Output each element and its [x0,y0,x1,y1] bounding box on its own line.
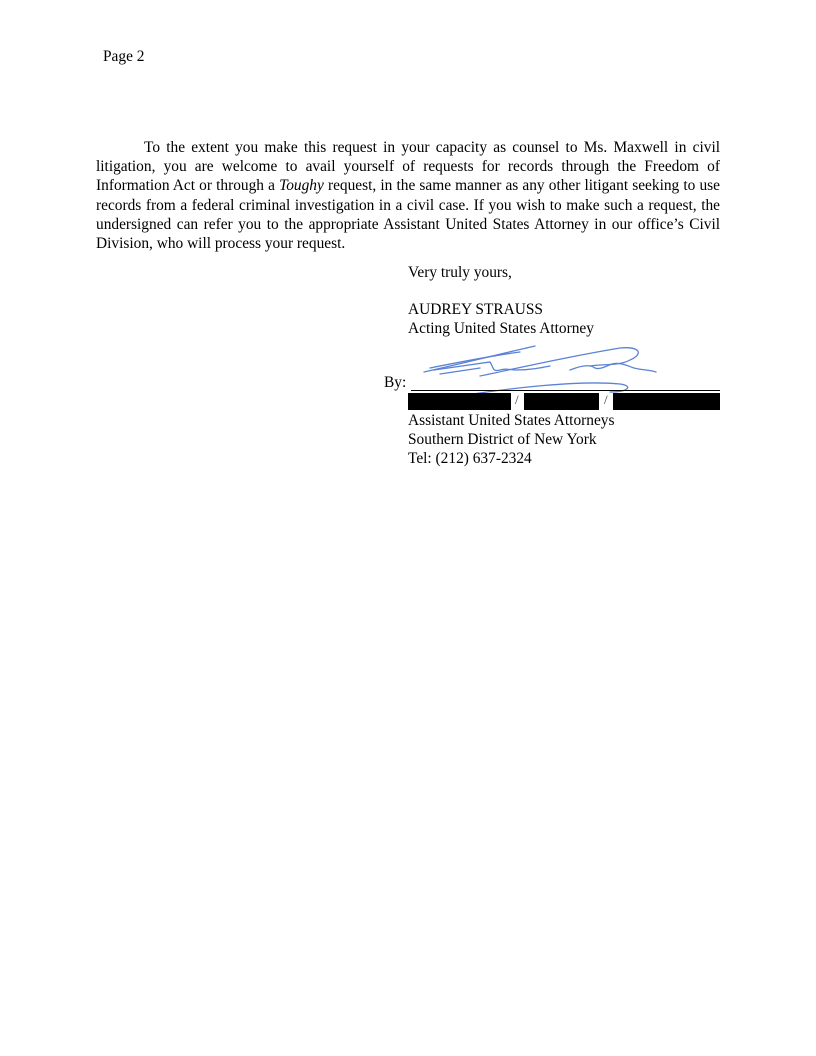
signatory-titles: Assistant United States Attorneys [408,411,614,430]
name-separator-2: / [604,392,608,408]
body-paragraph: To the extent you make this request in y… [96,138,720,253]
redaction-box-2 [524,393,599,410]
district-name: Southern District of New York [408,430,597,449]
page-number: Page 2 [103,48,144,66]
by-label: By: [384,374,406,392]
redaction-box-1 [408,393,511,410]
paragraph-italic-term: Toughy [279,177,324,194]
signature-block: By: [384,374,720,394]
signer-title: Acting United States Attorney [408,319,594,338]
closing-salutation: Very truly yours, [408,263,512,282]
signer-name: AUDREY STRAUSS [408,300,543,319]
name-separator-1: / [515,392,519,408]
phone-number: Tel: (212) 637-2324 [408,449,532,468]
redaction-box-3 [613,393,720,410]
redacted-names: / / [408,393,720,411]
signature-line [411,390,720,391]
